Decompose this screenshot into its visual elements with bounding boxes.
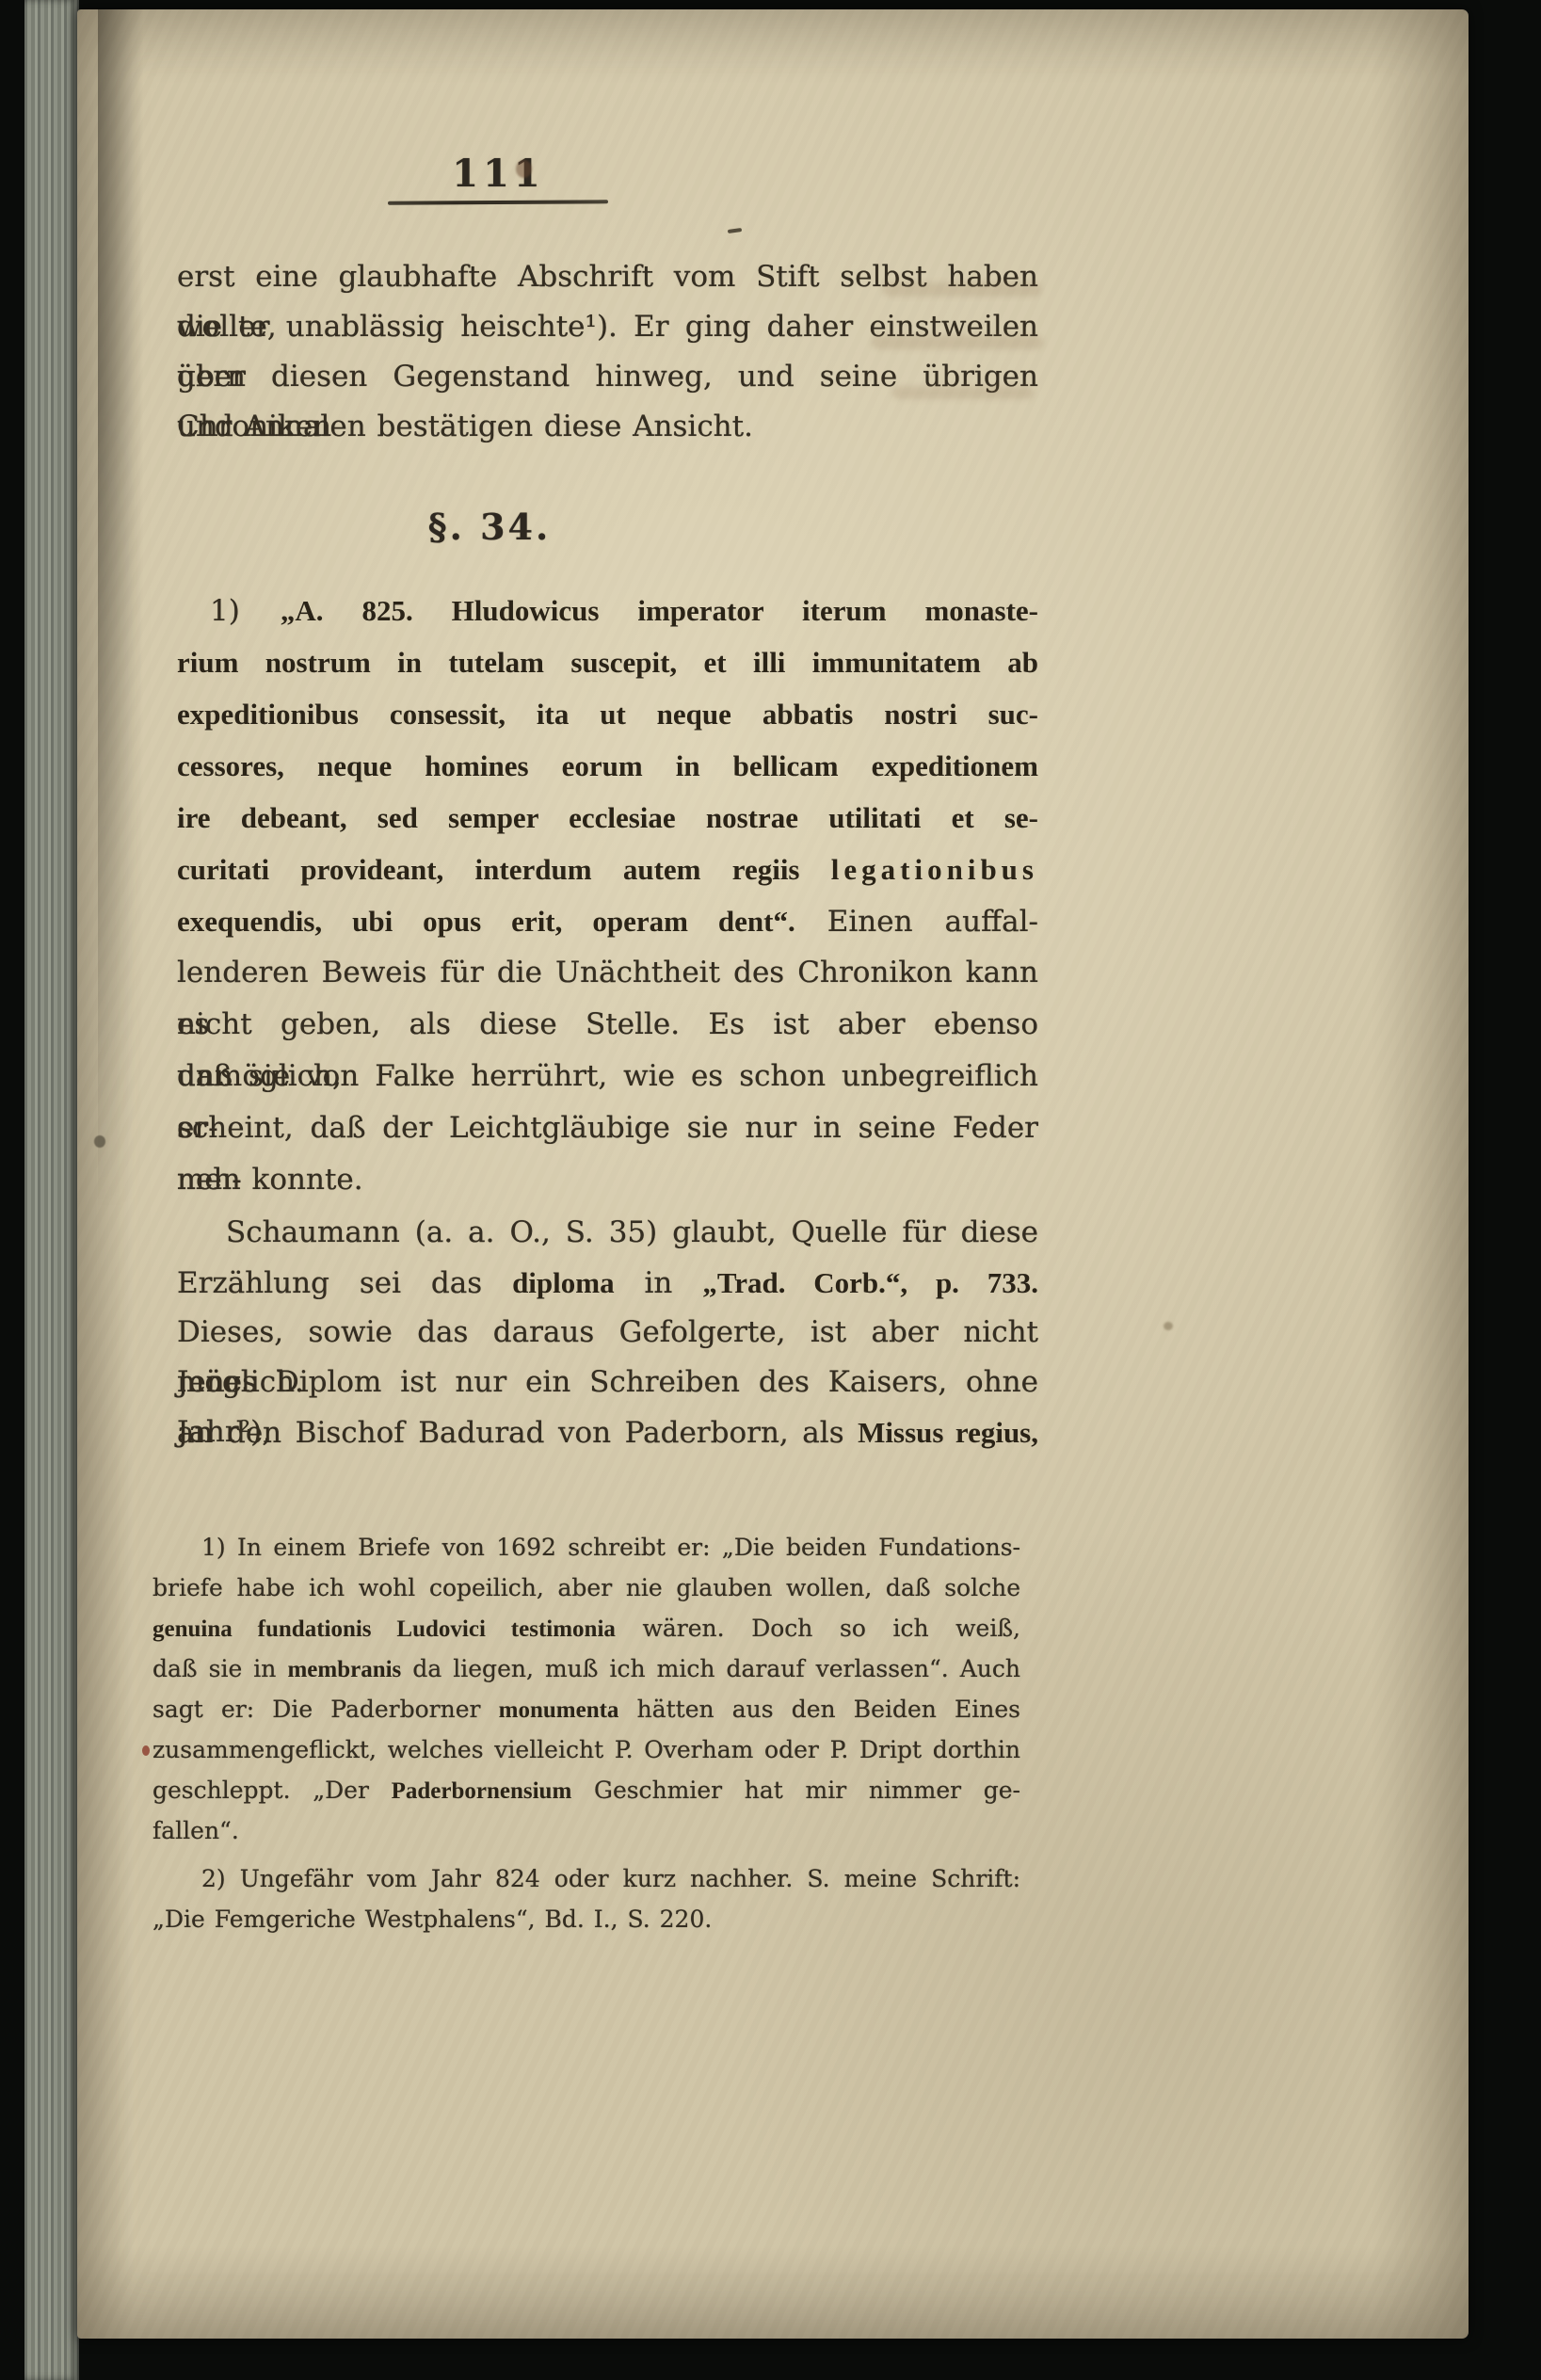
text-run: legationibus xyxy=(831,853,1038,886)
ink-bleedthrough xyxy=(892,386,1034,399)
text-run: men konnte. xyxy=(177,1163,363,1197)
text-line: Erzählung sei das diploma in „Trad. Corb… xyxy=(177,1258,1038,1308)
text-line: an den Bischof Badurad von Paderborn, al… xyxy=(177,1407,1038,1457)
text-run: fallen“. xyxy=(152,1817,239,1844)
text-run: diploma xyxy=(512,1266,615,1299)
text-line: daß sie in membranis da liegen, muß ich … xyxy=(152,1648,1020,1689)
text-line: scheint, daß der Leichtgläubige sie nur … xyxy=(177,1102,1038,1154)
text-run: „A. 825. Hludowicus imperator iterum mon… xyxy=(281,594,1038,627)
text-run: und Annalen bestätigen diese Ansicht. xyxy=(177,410,753,443)
text-run: rium nostrum in tutelam suscepit, et ill… xyxy=(177,646,1038,679)
text-run: in xyxy=(615,1266,703,1300)
text-run: Schaumann (a. a. O., S. 35) glaubt, Quel… xyxy=(226,1215,1038,1249)
paper-speck xyxy=(142,1745,150,1756)
text-line: rium nostrum in tutelam suscepit, et ill… xyxy=(177,636,1038,688)
text-line: genuina fundationis Ludovici testimonia … xyxy=(152,1608,1020,1648)
text-run: cessores, neque homines eorum in bellica… xyxy=(177,749,1038,782)
text-run: hätten aus den Beiden Eines xyxy=(618,1696,1020,1723)
paper-speck xyxy=(94,1135,105,1148)
text-run: 1) xyxy=(210,594,281,628)
text-line: cessores, neque homines eorum in bellica… xyxy=(177,740,1038,792)
text-line: fallen“. xyxy=(152,1810,1020,1851)
text-run: 1) In einem Briefe von 1692 schreibt er:… xyxy=(201,1534,1020,1561)
section-heading: §. 34. xyxy=(301,506,678,548)
text-line: Jenes Diplom ist nur ein Schreiben des K… xyxy=(177,1358,1038,1407)
text-line: exequendis, ubi opus erit, operam dent“.… xyxy=(177,895,1038,947)
footnote-2: 2) Ungefähr vom Jahr 824 oder kurz nachh… xyxy=(152,1858,1020,1939)
text-line: Dieses, sowie das daraus Gefolgerte, ist… xyxy=(177,1308,1038,1358)
text-line: zusammengeflickt, welches vielleicht P. … xyxy=(152,1729,1020,1770)
text-run: geschleppt. „Der xyxy=(152,1777,392,1804)
footnote-1: 1) In einem Briefe von 1692 schreibt er:… xyxy=(152,1527,1020,1851)
text-run: sagt er: Die Paderborner xyxy=(152,1696,499,1723)
text-run: „Die Femgeriche Westphalens“, Bd. I., S.… xyxy=(152,1906,712,1933)
text-line: briefe habe ich wohl copeilich, aber nie… xyxy=(152,1568,1020,1608)
page-number: 111 xyxy=(389,152,608,196)
paper-stain xyxy=(516,160,532,178)
text-line: men konnte. xyxy=(177,1154,1038,1206)
page-content: 111 erst eine glaubhafte Abschrift vom S… xyxy=(0,0,1541,2380)
text-run: briefe habe ich wohl copeilich, aber nie… xyxy=(152,1574,1020,1601)
ink-bleedthrough xyxy=(883,282,1041,297)
text-run: an den Bischof Badurad von Paderborn, al… xyxy=(177,1416,858,1450)
text-run: membranis xyxy=(287,1657,401,1682)
text-run: Paderbornensium xyxy=(392,1778,572,1804)
text-line: nicht geben, als diese Stelle. Es ist ab… xyxy=(177,999,1038,1051)
text-line: sagt er: Die Paderborner monumenta hätte… xyxy=(152,1689,1020,1729)
folio-rule xyxy=(388,200,608,204)
text-run: Geschmier hat mir nimmer ge- xyxy=(571,1777,1020,1804)
text-run: exequendis, ubi opus erit, operam dent“. xyxy=(177,905,795,938)
text-run: ire debeant, sed semper ecclesiae nostra… xyxy=(177,801,1038,834)
text-line: Schaumann (a. a. O., S. 35) glaubt, Quel… xyxy=(177,1208,1038,1258)
text-run: 2) Ungefähr vom Jahr 824 oder kurz nachh… xyxy=(201,1865,1020,1892)
text-run: Missus regius, xyxy=(858,1416,1038,1449)
text-run: daß sie in xyxy=(152,1655,287,1682)
ink-bleedthrough xyxy=(872,335,1043,349)
text-run: wären. Doch so ich weiß, xyxy=(616,1615,1020,1642)
text-run: curitati provideant, interdum autem regi… xyxy=(177,853,831,886)
text-run: genuina fundationis Ludovici testimonia xyxy=(152,1616,616,1642)
text-line: geschleppt. „Der Paderbornensium Geschmi… xyxy=(152,1770,1020,1810)
text-line: lenderen Beweis für die Unächtheit des C… xyxy=(177,947,1038,999)
text-run: expeditionibus consessit, ita ut neque a… xyxy=(177,698,1038,731)
text-line: und Annalen bestätigen diese Ansicht. xyxy=(177,402,1038,452)
text-line: 2) Ungefähr vom Jahr 824 oder kurz nachh… xyxy=(152,1858,1020,1899)
paper-speck xyxy=(1164,1322,1173,1330)
text-line: ire debeant, sed semper ecclesiae nostra… xyxy=(177,792,1038,844)
text-run: monumenta xyxy=(499,1697,619,1723)
paragraph-schaumann: Schaumann (a. a. O., S. 35) glaubt, Quel… xyxy=(177,1208,1038,1457)
text-line: curitati provideant, interdum autem regi… xyxy=(177,844,1038,895)
text-line: „Die Femgeriche Westphalens“, Bd. I., S.… xyxy=(152,1899,1020,1939)
text-run: Erzählung sei das xyxy=(177,1266,512,1300)
text-run: „Trad. Corb.“, p. 733. xyxy=(702,1266,1038,1299)
text-line: expeditionibus consessit, ita ut neque a… xyxy=(177,688,1038,740)
text-line: daß sie von Falke herrührt, wie es schon… xyxy=(177,1051,1038,1102)
text-run: zusammengeflickt, welches vielleicht P. … xyxy=(152,1736,1020,1763)
paragraph-latin-quote: 1) „A. 825. Hludowicus imperator iterum … xyxy=(177,585,1038,1206)
paper-speck xyxy=(728,228,742,233)
text-run: Einen auffal- xyxy=(795,905,1038,939)
text-line: 1) „A. 825. Hludowicus imperator iterum … xyxy=(177,585,1038,636)
text-line: 1) In einem Briefe von 1692 schreibt er:… xyxy=(152,1527,1020,1568)
text-run: da liegen, muß ich mich darauf verlassen… xyxy=(401,1655,1020,1682)
